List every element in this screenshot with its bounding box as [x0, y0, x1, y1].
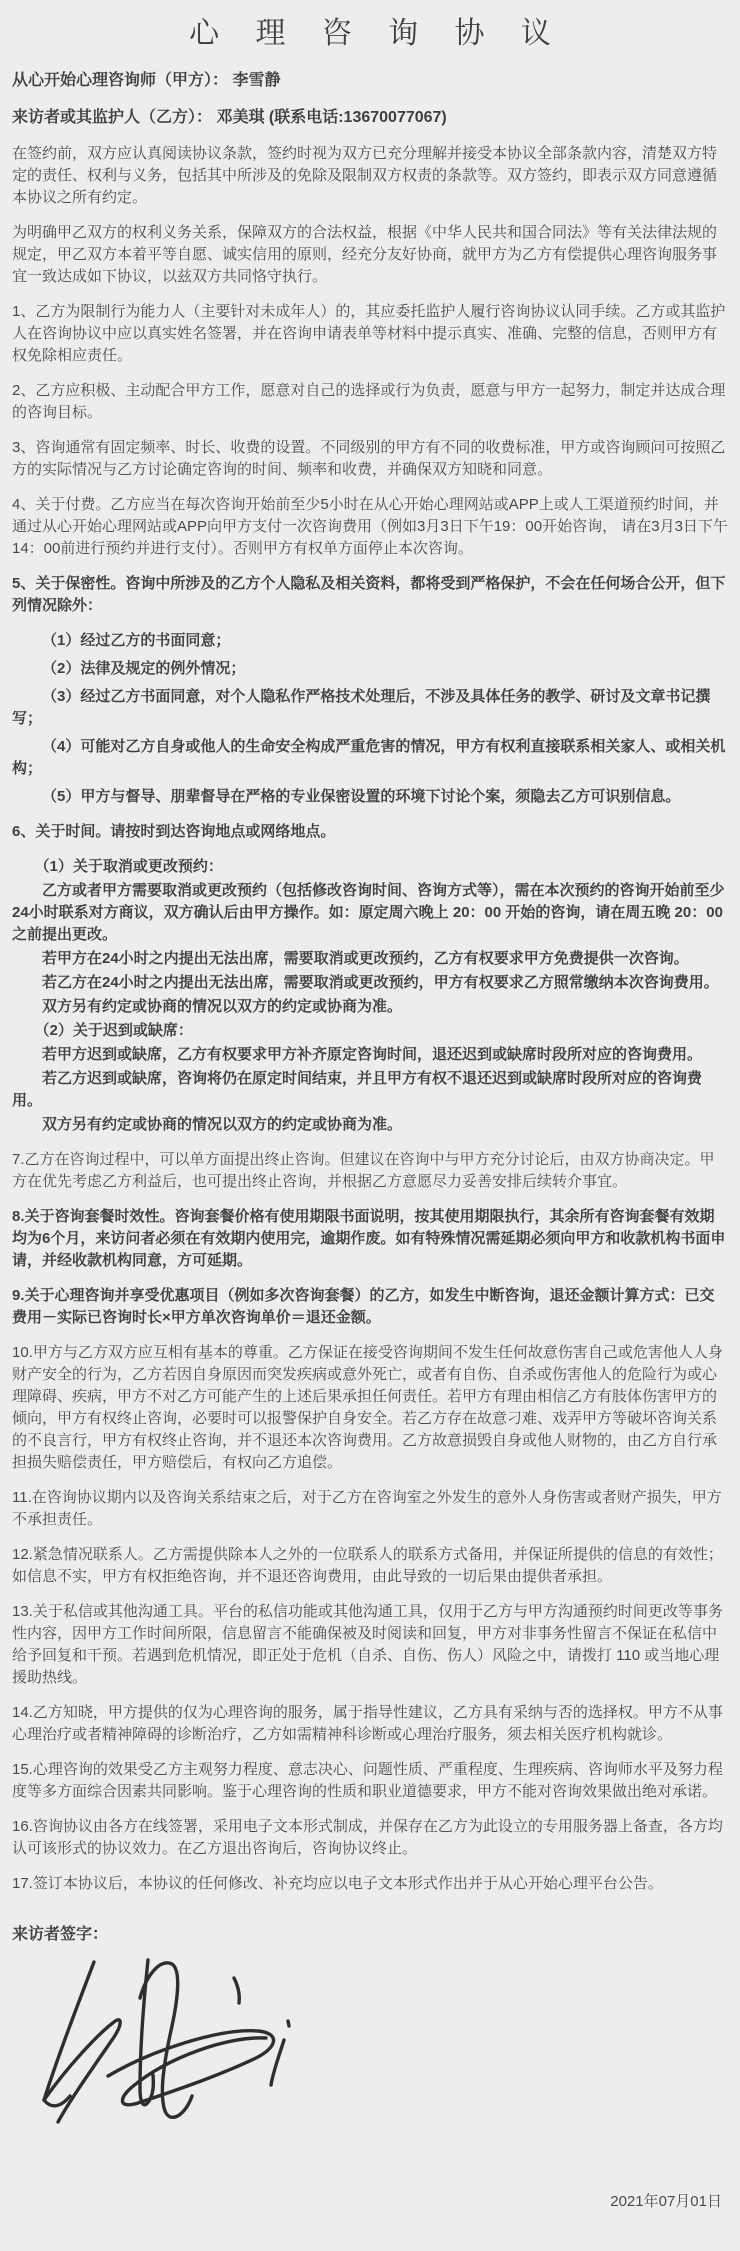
paragraph: 7.乙方在咨询过程中，可以单方面提出终止咨询。但建议在咨询中与甲方充分讨论后，由…	[12, 1149, 728, 1193]
paragraph: 16.咨询协议由各方在线签署，采用电子文本形式制成，并保存在乙方为此设立的专用服…	[12, 1816, 728, 1860]
paragraph: 13.关于私信或其他沟通工具。平台的私信功能或其他沟通工具，仅用于乙方与甲方沟通…	[12, 1601, 728, 1689]
paragraph: 12.紧急情况联系人。乙方需提供除本人之外的一位联系人的联系方式备用，并保证所提…	[12, 1544, 728, 1588]
paragraph: （1）经过乙方的书面同意；	[12, 630, 728, 652]
paragraph: 若甲方迟到或缺席，乙方有权要求甲方补齐原定咨询时间，退还迟到或缺席时段所对应的咨…	[12, 1044, 728, 1066]
signing-date: 2021年07月01日	[12, 2190, 728, 2211]
paragraph: 1、乙方为限制行为能力人（主要针对未成年人）的，其应委托监护人履行咨询协议认同手…	[12, 301, 728, 367]
paragraph: 3、咨询通常有固定频率、时长、收费的设置。不同级别的甲方有不同的收费标准，甲方或…	[12, 437, 728, 481]
paragraph: 17.签订本协议后，本协议的任何修改、补充均应以电子文本形式作出并于从心开始心理…	[12, 1873, 728, 1895]
paragraph: 9.关于心理咨询并享受优惠项目（例如多次咨询套餐）的乙方，如发生中断咨询，退还金…	[12, 1285, 728, 1329]
paragraph: 14.乙方知晓，甲方提供的仅为心理咨询的服务，属于指导性建议，乙方具有采纳与否的…	[12, 1702, 728, 1746]
paragraph: 15.心理咨询的效果受乙方主观努力程度、意志决心、问题性质、严重程度、生理疾病、…	[12, 1759, 728, 1803]
paragraph: 在签约前，双方应认真阅读协议条款，签约时视为双方已充分理解并接受本协议全部条款内…	[12, 143, 728, 209]
paragraph: 若乙方在24小时之内提出无法出席，需要取消或更改预约，甲方有权要求乙方照常缴纳本…	[12, 972, 728, 994]
paragraph: （3）经过乙方书面同意，对个人隐私作严格技术处理后，不涉及具体任务的教学、研讨及…	[12, 686, 728, 730]
paragraph: （4）可能对乙方自身或他人的生命安全构成严重危害的情况，甲方有权利直接联系相关家…	[12, 736, 728, 780]
paragraph: 11.在咨询协议期内以及咨询关系结束之后，对于乙方在咨询室之外发生的意外人身伤害…	[12, 1487, 728, 1531]
paragraph: 乙方或者甲方需要取消或更改预约（包括修改咨询时间、咨询方式等），需在本次预约的咨…	[12, 880, 728, 946]
paragraph: 若甲方在24小时之内提出无法出席，需要取消或更改预约，乙方有权要求甲方免费提供一…	[12, 948, 728, 970]
paragraph: 4、关于付费。乙方应当在每次咨询开始前至少5小时在从心开始心理网站或APP上或人…	[12, 494, 728, 560]
paragraph: 6、关于时间。请按时到达咨询地点或网络地点。	[12, 821, 728, 843]
paragraph: 2、乙方应积极、主动配合甲方工作，愿意对自己的选择或行为负责，愿意与甲方一起努力…	[12, 380, 728, 424]
paragraph: 双方另有约定或协商的情况以双方的约定或协商为准。	[12, 1114, 728, 1136]
paragraph: 8.关于咨询套餐时效性。咨询套餐价格有使用期限书面说明，按其使用期限执行，其余所…	[12, 1206, 728, 1272]
paragraph: （2）关于迟到或缺席：	[12, 1020, 728, 1042]
agreement-body: 在签约前，双方应认真阅读协议条款，签约时视为双方已充分理解并接受本协议全部条款内…	[12, 143, 728, 1895]
paragraph: （1）关于取消或更改预约：	[12, 856, 728, 878]
handwritten-signature	[18, 1948, 318, 2138]
paragraph: 双方另有约定或协商的情况以双方的约定或协商为准。	[12, 996, 728, 1018]
paragraph: （5）甲方与督导、朋辈督导在严格的专业保密设置的环境下讨论个案，须隐去乙方可识别…	[12, 786, 728, 808]
paragraph: 5、关于保密性。咨询中所涉及的乙方个人隐私及相关资料，都将受到严格保护，不会在任…	[12, 573, 728, 617]
signature-image	[18, 1948, 318, 2138]
paragraph: （2）法律及规定的例外情况；	[12, 658, 728, 680]
paragraph: 为明确甲乙双方的权利义务关系，保障双方的合法权益，根据《中华人民共和国合同法》等…	[12, 222, 728, 288]
paragraph: 若乙方迟到或缺席，咨询将仍在原定时间结束，并且甲方有权不退还迟到或缺席时段所对应…	[12, 1068, 728, 1112]
counselor-party-line: 从心开始心理咨询师（甲方）： 李雪静	[12, 70, 728, 92]
page-title: 心 理 咨 询 协 议	[12, 16, 728, 52]
client-party-line: 来访者或其监护人（乙方）： 邓美琪 (联系电话:13670077067)	[12, 107, 728, 129]
agreement-page: 心 理 咨 询 协 议 从心开始心理咨询师（甲方）： 李雪静 来访者或其监护人（…	[0, 0, 740, 2251]
signature-label: 来访者签字：	[12, 1921, 728, 1944]
paragraph: 10.甲方与乙方双方应互相有基本的尊重。乙方保证在接受咨询期间不发生任何故意伤害…	[12, 1342, 728, 1474]
